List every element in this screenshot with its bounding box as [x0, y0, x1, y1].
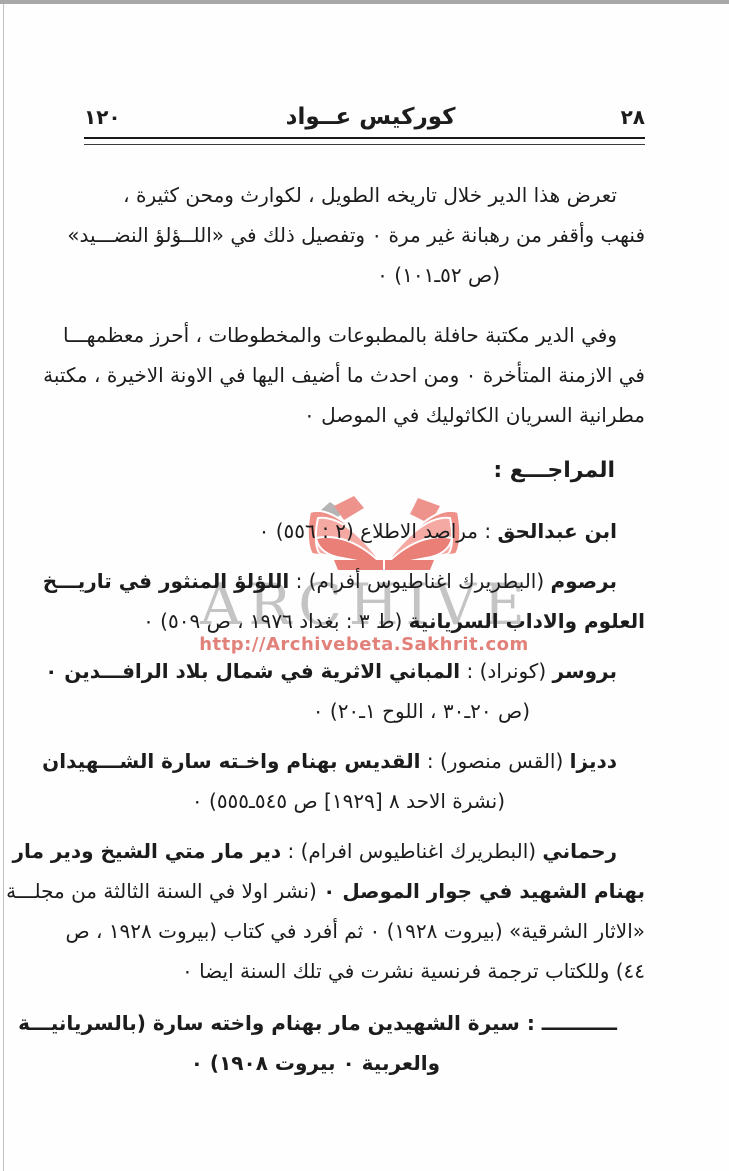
reference-line: برصوم (البطريرك اغناطيوس أفرام) : اللؤلؤ… [84, 561, 645, 601]
line-text: (ص ٢٠ـ٣٠ ، اللوح ١ـ٢٠) ٠ [313, 699, 530, 723]
reference-line: ابن عبدالحق : مراصد الاطلاع (٢ : ٥٥٦) ٠ [84, 511, 645, 551]
reference-line: (نشرة الاحد ٨ [١٩٢٩] ص ٥٤٥ـ٥٥٥) ٠ [84, 781, 645, 821]
scanned-book-page: ARCHIVE http://Archivebeta.Sakhrit.com ٢… [0, 0, 729, 1171]
reference-line: دديزا (القس منصور) : القديس بهنام واخـته… [84, 741, 645, 781]
author-name: رحماني [542, 839, 617, 863]
header-rule [84, 137, 645, 145]
author-name: ابن عبدالحق [497, 519, 617, 543]
line-text: ٤٤) وللكتاب ترجمة فرنسية نشرت في تلك الس… [182, 959, 645, 983]
reference-line: بروسر (كونراد) : المباني الاثرية في شمال… [84, 651, 645, 691]
line-text: فنهب وأقفر من رهبانة غير مرة ٠ وتفصيل ذل… [67, 223, 645, 247]
reference-entry-6: ـــــــــــ : سيرة الشهيدين مار بهنام وا… [84, 1003, 645, 1083]
line-text: تعرض هذا الدير خلال تاريخه الطويل ، لكوا… [123, 183, 617, 207]
reference-line: ٤٤) وللكتاب ترجمة فرنسية نشرت في تلك الس… [84, 951, 645, 991]
reference-line: والعربية ٠ بيروت ١٩٠٨) ٠ [84, 1043, 645, 1083]
page-number-left: ٢٨ [621, 105, 645, 129]
line-text: : [520, 1011, 542, 1035]
text-line: تعرض هذا الدير خلال تاريخه الطويل ، لكوا… [84, 175, 645, 215]
line-text: (البطريرك اغناطيوس أفرام) : [289, 569, 550, 593]
line-text: (ص ٥٢ـ١٠١) ٠ [377, 263, 500, 287]
work-title: العلوم والاداب السريانية [409, 609, 645, 633]
line-text: وفي الدير مكتبة حافلة بالمطبوعات والمخطو… [63, 323, 617, 347]
reference-line: رحماني (البطريرك اغناطيوس افرام) : دير م… [84, 831, 645, 871]
work-title: سيرة الشهيدين مار بهنام واخته سارة (بالس… [18, 1011, 520, 1035]
line-text: «الاثار الشرقية» (بيروت ١٩٢٨) ٠ ثم أفرد … [65, 919, 645, 943]
same-author-dash: ـــــــــــ [542, 1011, 617, 1035]
reference-entry-5: رحماني (البطريرك اغناطيوس افرام) : دير م… [84, 831, 645, 991]
text-line: فنهب وأقفر من رهبانة غير مرة ٠ وتفصيل ذل… [84, 215, 645, 255]
work-title: القديس بهنام واخـته سارة الشـــهيدان [42, 749, 420, 773]
text-line: وفي الدير مكتبة حافلة بالمطبوعات والمخطو… [84, 315, 645, 355]
page-content: ٢٨ كوركيس عــواد ١٢٠ تعرض هذا الدير خلال… [0, 0, 729, 1171]
text-line: (ص ٥٢ـ١٠١) ٠ [84, 255, 645, 295]
work-title: بهنام الشهيد في جوار الموصل ٠ [323, 879, 645, 903]
work-title: المباني الاثرية في شمال بلاد الرافـــدين… [45, 659, 460, 683]
reference-entry-1: ابن عبدالحق : مراصد الاطلاع (٢ : ٥٥٦) ٠ [84, 511, 645, 551]
reference-entry-4: دديزا (القس منصور) : القديس بهنام واخـته… [84, 741, 645, 821]
line-text: والعربية ٠ بيروت ١٩٠٨) ٠ [191, 1051, 440, 1075]
reference-line: «الاثار الشرقية» (بيروت ١٩٢٨) ٠ ثم أفرد … [84, 911, 645, 951]
reference-entry-2: برصوم (البطريرك اغناطيوس أفرام) : اللؤلؤ… [84, 561, 645, 641]
line-text: في الازمنة المتأخرة ٠ ومن احدث ما أضيف ا… [43, 363, 645, 387]
line-text: (القس منصور) : [421, 749, 570, 773]
line-text: (كونراد) : [460, 659, 552, 683]
page-number-right: ١٢٠ [84, 105, 121, 129]
line-text: (ط ٣ : بغداد ١٩٧٦ ، ص ٥٠٩) ٠ [143, 609, 409, 633]
line-text: (نشر اولا في السنة الثالثة من مجلـــة [6, 879, 323, 903]
work-title: دير مار متي الشيخ ودير مار [13, 839, 282, 863]
text-line: مطرانية السريان الكاثوليك في الموصل ٠ [84, 395, 645, 435]
running-header: ٢٨ كوركيس عــواد ١٢٠ [84, 104, 645, 130]
work-title: اللؤلؤ المنثور في تاريـــخ [43, 569, 289, 593]
reference-line: بهنام الشهيد في جوار الموصل ٠ (نشر اولا … [84, 871, 645, 911]
line-text: : مراصد الاطلاع (٢ : ٥٥٦) ٠ [259, 519, 498, 543]
reference-line: العلوم والاداب السريانية (ط ٣ : بغداد ١٩… [84, 601, 645, 641]
paragraph-2: وفي الدير مكتبة حافلة بالمطبوعات والمخطو… [84, 315, 645, 435]
text-line: في الازمنة المتأخرة ٠ ومن احدث ما أضيف ا… [84, 355, 645, 395]
reference-line: ـــــــــــ : سيرة الشهيدين مار بهنام وا… [84, 1003, 645, 1043]
line-text: (نشرة الاحد ٨ [١٩٢٩] ص ٥٤٥ـ٥٥٥) ٠ [192, 789, 505, 813]
author-name: دديزا [570, 749, 617, 773]
references-heading: المراجـــع : [84, 451, 645, 491]
reference-line: (ص ٢٠ـ٣٠ ، اللوح ١ـ٢٠) ٠ [84, 691, 645, 731]
line-text: (البطريرك اغناطيوس افرام) : [281, 839, 542, 863]
reference-entry-3: بروسر (كونراد) : المباني الاثرية في شمال… [84, 651, 645, 731]
paragraph-1: تعرض هذا الدير خلال تاريخه الطويل ، لكوا… [84, 175, 645, 295]
line-text: مطرانية السريان الكاثوليك في الموصل ٠ [304, 403, 645, 427]
author-name: برصوم [551, 569, 617, 593]
running-title: كوركيس عــواد [286, 104, 456, 130]
author-name: بروسر [553, 659, 618, 683]
